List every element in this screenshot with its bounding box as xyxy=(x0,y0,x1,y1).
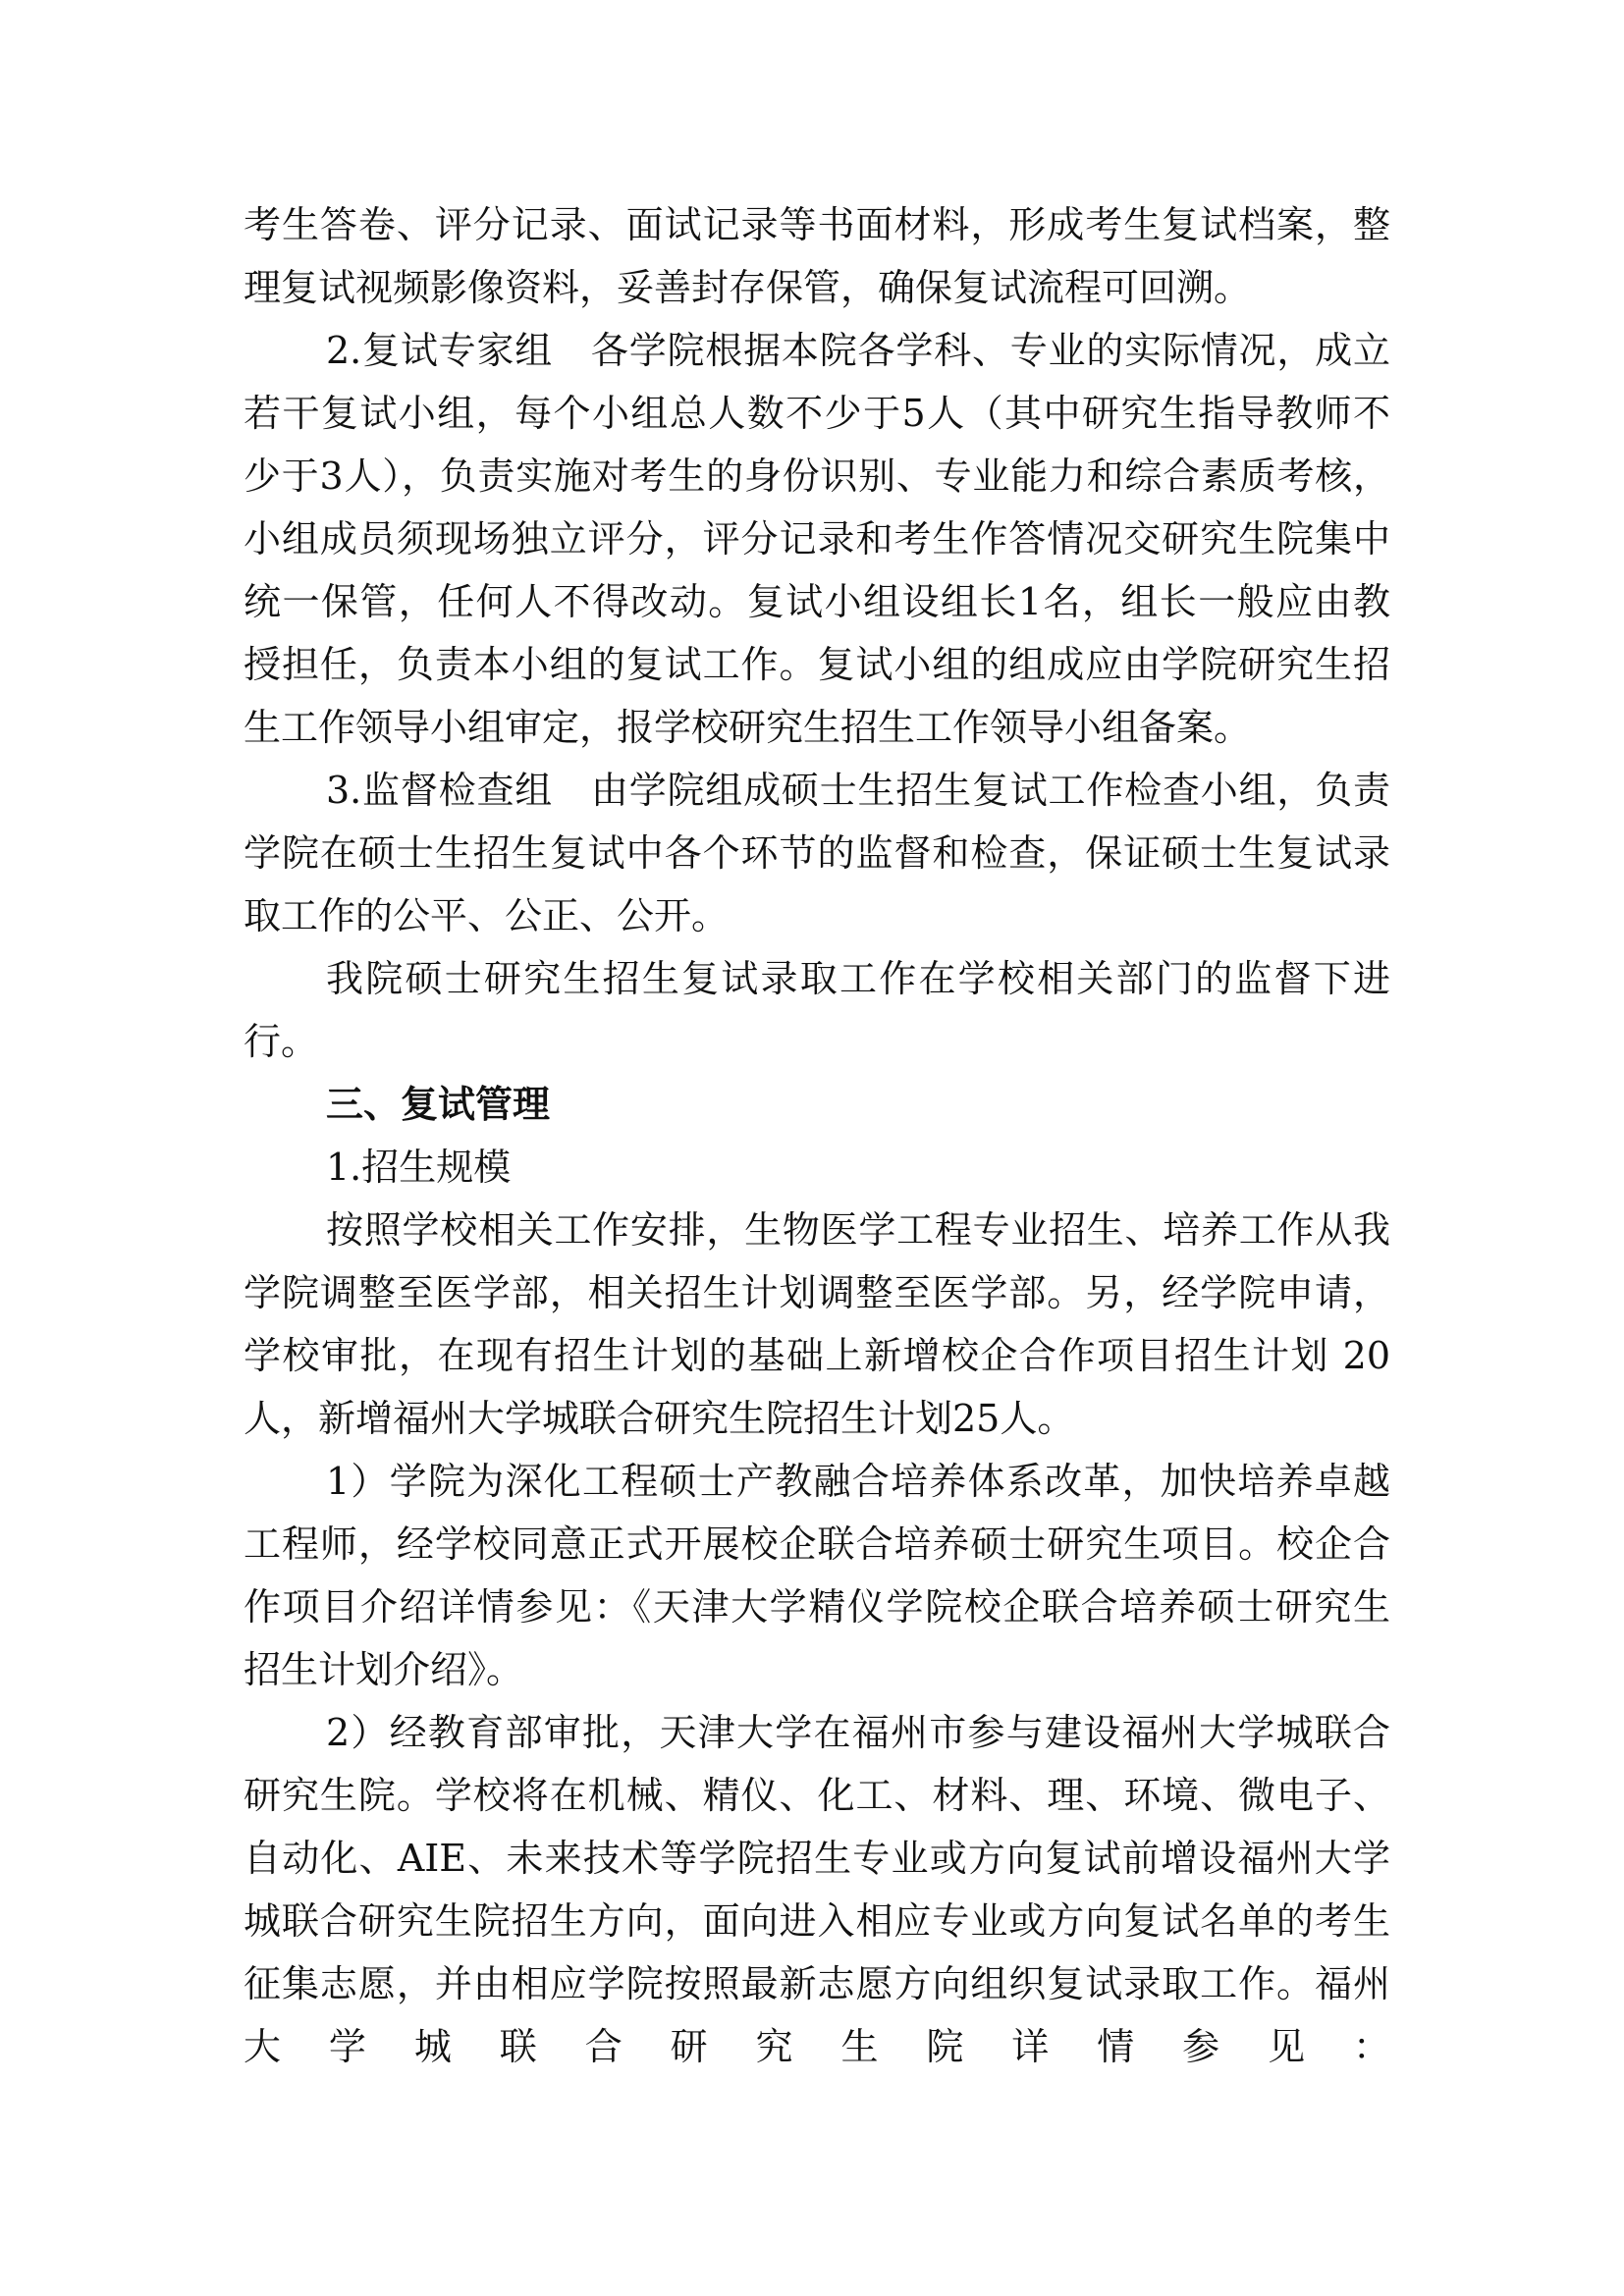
text-line: 学院在硕士生招生复试中各个环节的监督和检查，保证硕士生复试录 xyxy=(244,822,1390,884)
text-line: 学校审批，在现有招生计划的基础上新增校企合作项目招生计划 20 xyxy=(244,1324,1390,1387)
text-line: 生工作领导小组审定，报学校研究生招生工作领导小组备案。 xyxy=(244,696,1390,759)
text-line: 统一保管，任何人不得改动。复试小组设组长1名，组长一般应由教 xyxy=(244,570,1390,633)
text-line: 自动化、AIE、未来技术等学院招生专业或方向复试前增设福州大学 xyxy=(244,1827,1390,1890)
section-heading: 三、复试管理 xyxy=(326,1073,1390,1136)
paragraph-supervision-note: 我院硕士研究生招生复试录取工作在学校相关部门的监督下进 xyxy=(326,947,1390,1010)
text-line: 人，新增福州大学城联合研究生院招生计划25人。 xyxy=(244,1387,1390,1450)
text-line: 小组成员须现场独立评分，评分记录和考生作答情况交研究生院集中 xyxy=(244,507,1390,570)
text-line: 征集志愿，并由相应学院按照最新志愿方向组织复试录取工作。福州 xyxy=(244,1952,1390,2015)
text-line: 工程师，经学校同意正式开展校企联合培养硕士研究生项目。校企合 xyxy=(244,1513,1390,1575)
text-line: 研究生院。学校将在机械、精仪、化工、材料、理、环境、微电子、 xyxy=(244,1764,1390,1827)
text-line: 招生计划介绍》。 xyxy=(244,1638,1390,1701)
paragraph-item-1: 1）学院为深化工程硕士产教融合培养体系改革，加快培养卓越 xyxy=(326,1450,1390,1513)
text-line: 理复试视频影像资料，妥善封存保管，确保复试流程可回溯。 xyxy=(244,256,1390,319)
text-line: 取工作的公平、公正、公开。 xyxy=(244,884,1390,947)
text-line: 考生答卷、评分记录、面试记录等书面材料，形成考生复试档案，整 xyxy=(244,193,1390,256)
text-line: 大学城联合研究生院详情参见： xyxy=(244,2015,1390,2078)
text-line: 行。 xyxy=(244,1010,1390,1073)
paragraph-item-2: 2）经教育部审批，天津大学在福州市参与建设福州大学城联合 xyxy=(326,1701,1390,1764)
text-line: 作项目介绍详情参见：《天津大学精仪学院校企联合培养硕士研究生 xyxy=(244,1575,1390,1638)
paragraph-expert-group: 2.复试专家组 各学院根据本院各学科、专业的实际情况，成立 xyxy=(326,319,1390,382)
paragraph-supervision-group: 3.监督检查组 由学院组成硕士生招生复试工作检查小组，负责 xyxy=(326,759,1390,822)
text-line: 少于3人），负责实施对考生的身份识别、专业能力和综合素质考核， xyxy=(244,445,1390,507)
text-line: 学院调整至医学部，相关招生计划调整至医学部。另，经学院申请， xyxy=(244,1261,1390,1324)
text-line: 授担任，负责本小组的复试工作。复试小组的组成应由学院研究生招 xyxy=(244,633,1390,696)
paragraph-enrollment-scale: 按照学校相关工作安排，生物医学工程专业招生、培养工作从我 xyxy=(326,1199,1390,1261)
text-line: 若干复试小组，每个小组总人数不少于5人（其中研究生指导教师不 xyxy=(244,382,1390,445)
text-line: 城联合研究生院招生方向，面向进入相应专业或方向复试名单的考生 xyxy=(244,1890,1390,1952)
subsection-heading: 1.招生规模 xyxy=(326,1136,1390,1199)
